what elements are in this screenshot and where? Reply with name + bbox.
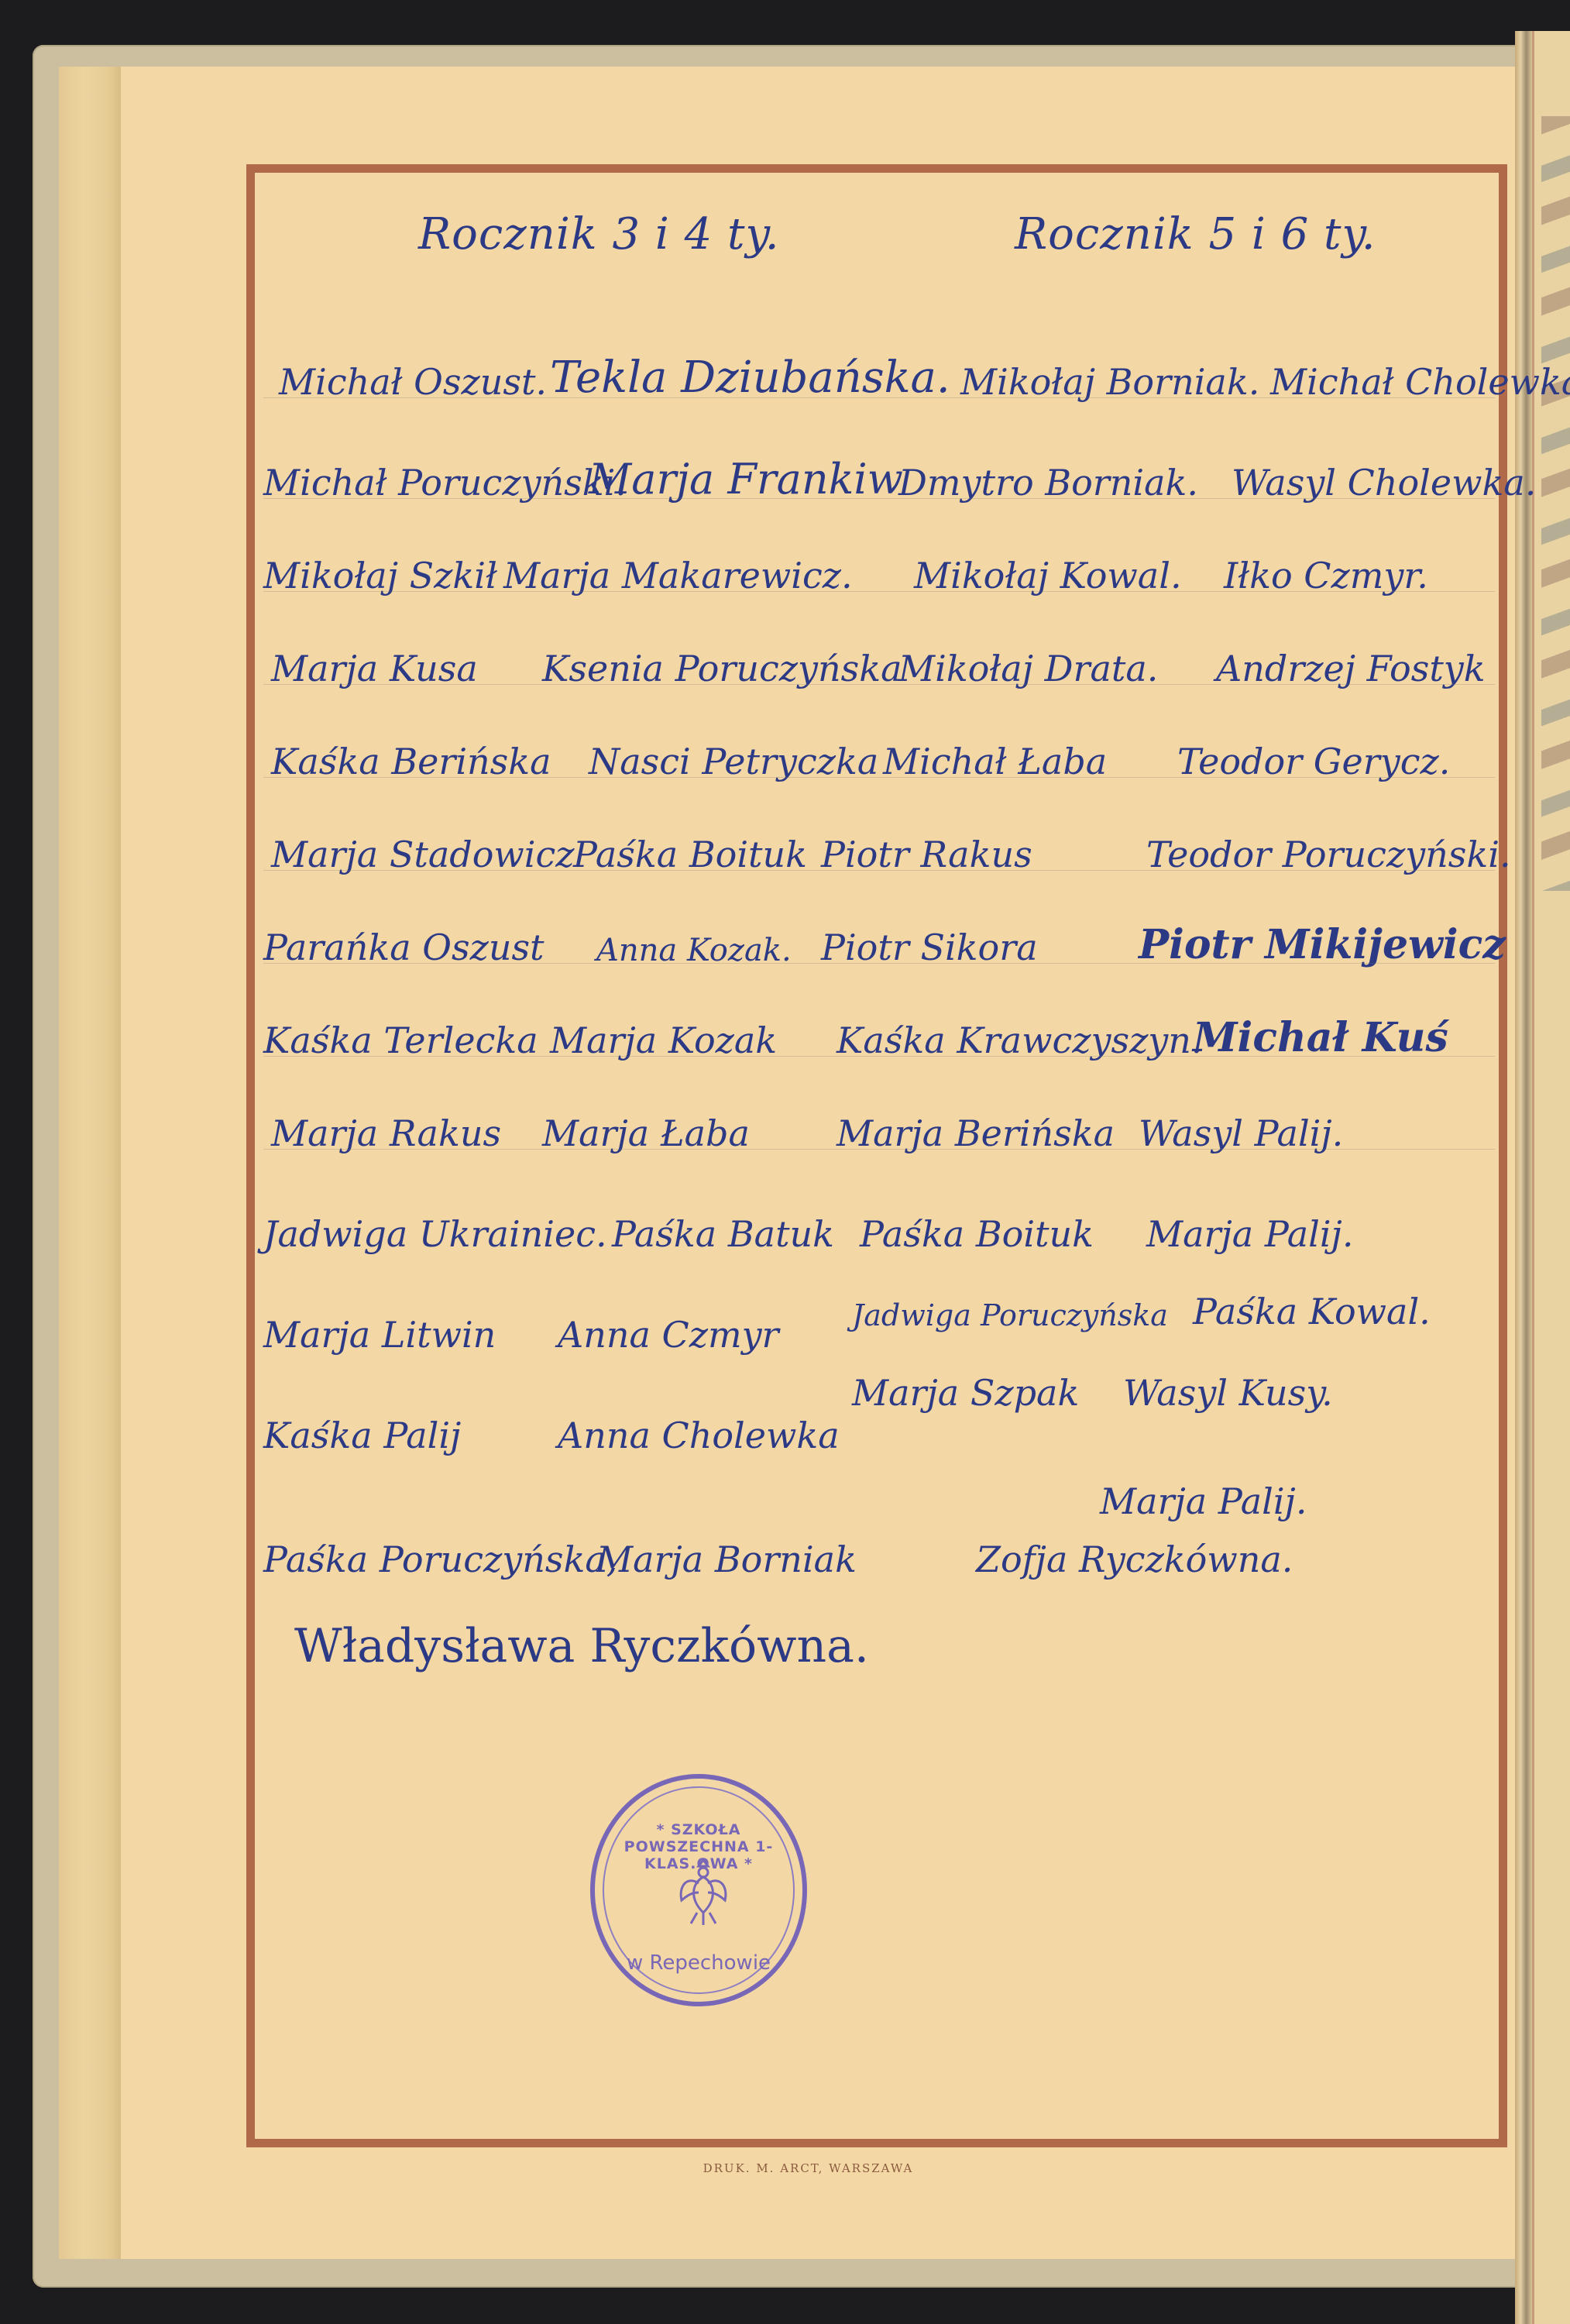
student-name: Marja Szpak — [852, 1372, 1079, 1414]
name-row: Parańka Oszust Anna Kozak. Piotr Sikora … — [263, 899, 1495, 968]
student-name: Michał Kuś — [1193, 1014, 1448, 1061]
student-name: Paśka Batuk — [612, 1213, 834, 1255]
adjacent-page-decoration — [1541, 116, 1570, 891]
student-name: Iłko Czmyr. — [1224, 555, 1428, 596]
school-stamp: * SZKOŁA POWSZECHNA 1-KLAS.OWA * w Repec… — [590, 1774, 807, 2006]
name-row: Marja Litwin Anna Czmyr Jadwiga Poruczyń… — [263, 1286, 1495, 1356]
student-name: Marja Palij. — [1100, 1480, 1307, 1522]
name-row: Paśka Poruczyńska, Marja Borniak Zofja R… — [263, 1511, 1495, 1580]
student-name: Kaśka Terlecka — [263, 1019, 538, 1061]
name-row: Mikołaj Szkił Marja Makarewicz. Mikołaj … — [263, 527, 1495, 596]
teacher-signature: Władysława Ryczkówna. — [294, 1619, 869, 1673]
student-name: Marja Berińska — [837, 1112, 1115, 1154]
student-name: Marja Łaba — [542, 1112, 750, 1154]
ruled-line — [263, 1149, 1495, 1150]
student-name: Marja Kusa — [271, 648, 478, 689]
student-name: Parańka Oszust — [263, 927, 545, 968]
student-name: Kaśka Palij — [263, 1415, 461, 1456]
student-name: Teodor Gerycz. — [1177, 741, 1450, 782]
student-name: Wasyl Cholewka. — [1232, 462, 1536, 504]
ruled-line — [263, 777, 1495, 778]
student-name: Anna Czmyr — [558, 1314, 779, 1356]
student-name: Michał Łaba — [883, 741, 1107, 782]
eagle-emblem-icon — [672, 1852, 734, 1930]
student-name: Tekla Dziubańska. — [550, 352, 950, 403]
student-name: Marja Rakus — [271, 1112, 501, 1154]
name-row: Marja Kusa Ksenia Poruczyńska Mikołaj Dr… — [263, 620, 1495, 689]
student-name: Mikołaj Drata. — [898, 648, 1158, 689]
student-name: Mikołaj Kowal. — [914, 555, 1182, 596]
student-name: Marja Frankiw — [589, 455, 903, 504]
name-row: Kaśka Terlecka Marja Kozak Kaśka Krawczy… — [263, 992, 1495, 1061]
student-name: Marja Kozak — [550, 1019, 777, 1061]
header-grades-3-4: Rocznik 3 i 4 ty. — [418, 209, 780, 260]
ruled-line — [263, 684, 1495, 685]
printer-imprint: DRUK. M. ARCT, WARSZAWA — [0, 2161, 1570, 2175]
stamp-location: w Repechowie — [618, 1951, 779, 1975]
student-name: Mikołaj Borniak. — [960, 361, 1259, 403]
student-name: Nasci Petryczka — [589, 741, 878, 782]
student-name: Ksenia Poruczyńska — [542, 648, 902, 689]
student-name: Michał Poruczyński. — [263, 462, 627, 504]
student-name: Zofja Ryczkówna. — [976, 1538, 1293, 1580]
student-name: Marja Makarewicz. — [503, 555, 853, 596]
student-name: Dmytro Borniak. — [898, 462, 1198, 504]
student-name: Paśka Boituk — [573, 834, 807, 875]
student-name: Michał Cholewka — [1270, 361, 1570, 403]
page-edges — [59, 67, 121, 2259]
student-name: Marja Palij. — [1146, 1213, 1353, 1255]
student-name: Piotr Rakus — [821, 834, 1032, 875]
name-row: Marja Stadowicz Paśka Boituk Piotr Rakus… — [263, 806, 1495, 875]
student-name: Piotr Sikora — [821, 927, 1038, 968]
teacher-signature-row: Władysława Ryczkówna. — [263, 1604, 1495, 1673]
column-headers: Rocznik 3 i 4 ty. Rocznik 5 i 6 ty. — [418, 209, 1464, 271]
ruled-line — [263, 498, 1495, 499]
student-name: Anna Cholewka — [558, 1415, 840, 1456]
ruled-line — [263, 963, 1495, 964]
student-name: Marja Stadowicz — [271, 834, 574, 875]
ruled-line — [263, 591, 1495, 592]
ruled-line — [263, 1056, 1495, 1057]
name-row: Michał Oszust. Tekla Dziubańska. Mikołaj… — [263, 333, 1495, 403]
student-name: Mikołaj Szkił — [263, 555, 497, 596]
name-row: Michał Poruczyński. Marja Frankiw Dmytro… — [263, 434, 1495, 504]
student-name: Wasyl Kusy. — [1123, 1372, 1333, 1414]
ruled-line — [263, 870, 1495, 871]
student-name: Marja Borniak — [596, 1538, 857, 1580]
student-name: Paśka Boituk — [860, 1213, 1094, 1255]
student-name: Paśka Kowal. — [1193, 1291, 1431, 1332]
name-row: Kaśka Berińska Nasci Petryczka Michał Ła… — [263, 713, 1495, 782]
student-name: Jadwiga Poruczyńska — [852, 1298, 1168, 1332]
student-name: Paśka Poruczyńska, — [263, 1538, 617, 1580]
student-name: Kaśka Berińska — [271, 741, 551, 782]
header-grades-5-6: Rocznik 5 i 6 ty. — [1015, 209, 1376, 260]
student-name: Piotr Mikijewicz — [1139, 921, 1506, 968]
name-row: Jadwiga Ukrainiec. Paśka Batuk Paśka Boi… — [263, 1185, 1495, 1255]
name-row: Kaśka Palij Anna Cholewka Marja Szpak Wa… — [263, 1387, 1495, 1456]
student-name: Michał Oszust. — [279, 361, 547, 403]
name-row: Marja Rakus Marja Łaba Marja Berińska Wa… — [263, 1085, 1495, 1154]
student-name: Kaśka Krawczyszyn. — [837, 1019, 1203, 1061]
student-name: Marja Litwin — [263, 1314, 496, 1356]
page-content: Rocznik 3 i 4 ty. Rocznik 5 i 6 ty. Mich… — [263, 186, 1495, 2123]
student-name: Wasyl Palij. — [1139, 1112, 1343, 1154]
ruled-line — [263, 397, 1495, 398]
student-name: Teodor Poruczyński. — [1146, 834, 1511, 875]
student-name: Jadwiga Ukrainiec. — [263, 1213, 607, 1255]
student-name: Andrzej Fostyk — [1216, 648, 1486, 689]
